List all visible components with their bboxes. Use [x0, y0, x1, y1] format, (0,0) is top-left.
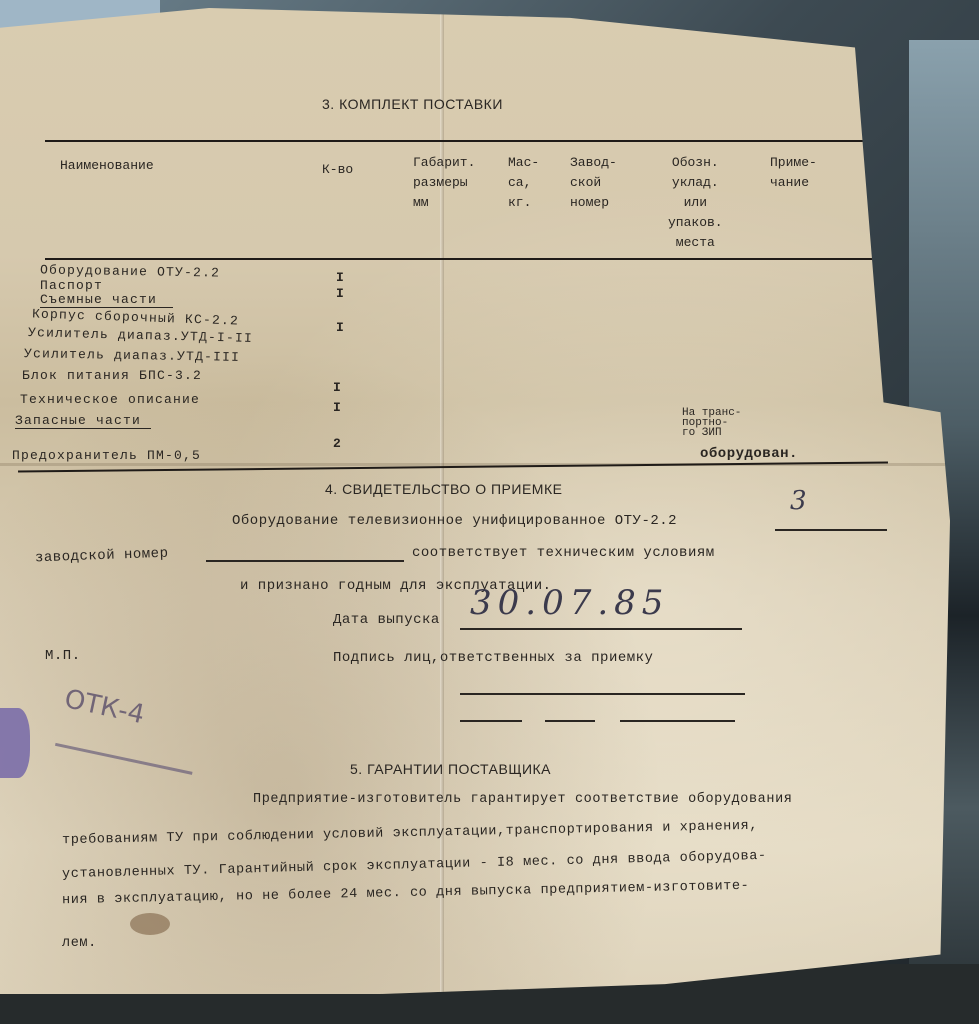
table-row-name: Техническое описание [20, 392, 200, 407]
table-subheading: Съемные части [40, 292, 173, 308]
table-row-note: оборудован. [700, 446, 798, 462]
signature-label: Подпись лиц,ответственных за приемку [333, 650, 653, 666]
table-row-name: Предохранитель ПМ-0,5 [12, 448, 201, 463]
column-header-name: Наименование [60, 156, 154, 176]
seal-placeholder-label: М.П. [45, 648, 81, 664]
warranty-text-line: установленных ТУ. Гарантийный срок экспл… [62, 849, 767, 882]
table-row-qty: I [333, 400, 341, 415]
handwritten-number: 3 [790, 486, 807, 516]
table-row-name: Усилитель диапаз.УТД-III [24, 346, 240, 365]
section-title-acceptance: 4. СВИДЕТЕЛЬСТВО О ПРИЕМКЕ [325, 481, 562, 497]
handwritten-release-date: 30.07.85 [470, 583, 669, 623]
section-title-delivery-set: 3. КОМПЛЕКТ ПОСТАВКИ [322, 96, 503, 112]
quality-control-stamp: ОТК-4 [55, 684, 205, 775]
section-title-warranty: 5. ГАРАНТИИ ПОСТАВЩИКА [350, 761, 551, 777]
table-row-qty: I [336, 286, 344, 301]
release-date-blank [460, 628, 742, 630]
signature-blank [620, 720, 735, 722]
column-header-mass: Мас- са, кг. [508, 153, 539, 213]
document-page: 3. КОМПЛЕКТ ПОСТАВКИ Наименование К-во Г… [0, 8, 950, 994]
table-row-note: На транс- портно- го ЗИП [682, 408, 741, 438]
table-subheading: Запасные части [15, 413, 151, 429]
table-row-name: Паспорт [40, 278, 103, 293]
acceptance-line-conformity: соответствует техническим условиям [412, 545, 715, 561]
column-header-packing: Обозн. уклад. или упаков. места [668, 153, 723, 253]
table-header-rule [45, 258, 880, 260]
column-header-qty: К-во [322, 160, 353, 180]
paper-stain [130, 913, 170, 935]
acceptance-serial-label: заводской номер [35, 546, 169, 567]
column-header-serial: Завод- ской номер [570, 153, 617, 213]
column-header-note: Приме- чание [770, 153, 817, 193]
table-row-qty: I [336, 320, 344, 335]
signature-blank [460, 720, 522, 722]
acceptance-line-equipment: Оборудование телевизионное унифицированн… [232, 513, 677, 529]
release-date-label: Дата выпуска [333, 612, 440, 628]
table-row-qty: I [333, 380, 341, 395]
number-blank [775, 529, 887, 531]
signature-blank [460, 693, 745, 695]
warranty-text-line: требованиям ТУ при соблюдении условий эк… [62, 819, 758, 849]
warranty-text-line: Предприятие-изготовитель гарантирует соо… [253, 792, 792, 807]
ink-stamp-mark [0, 708, 30, 778]
serial-number-blank [206, 560, 404, 562]
table-top-rule [45, 140, 875, 142]
signature-blank [545, 720, 595, 722]
table-row-qty: 2 [333, 436, 341, 451]
table-row-name: Усилитель диапаз.УТД-I-II [28, 325, 253, 346]
table-row-qty: I [336, 270, 344, 285]
warranty-text-line: лем. [62, 936, 97, 951]
table-row-name: Блок питания БПС-3.2 [22, 368, 202, 383]
warranty-text-line: ния в эксплуатацию, но не более 24 мес. … [62, 879, 750, 908]
column-header-dimensions: Габарит. размеры мм [413, 153, 475, 213]
